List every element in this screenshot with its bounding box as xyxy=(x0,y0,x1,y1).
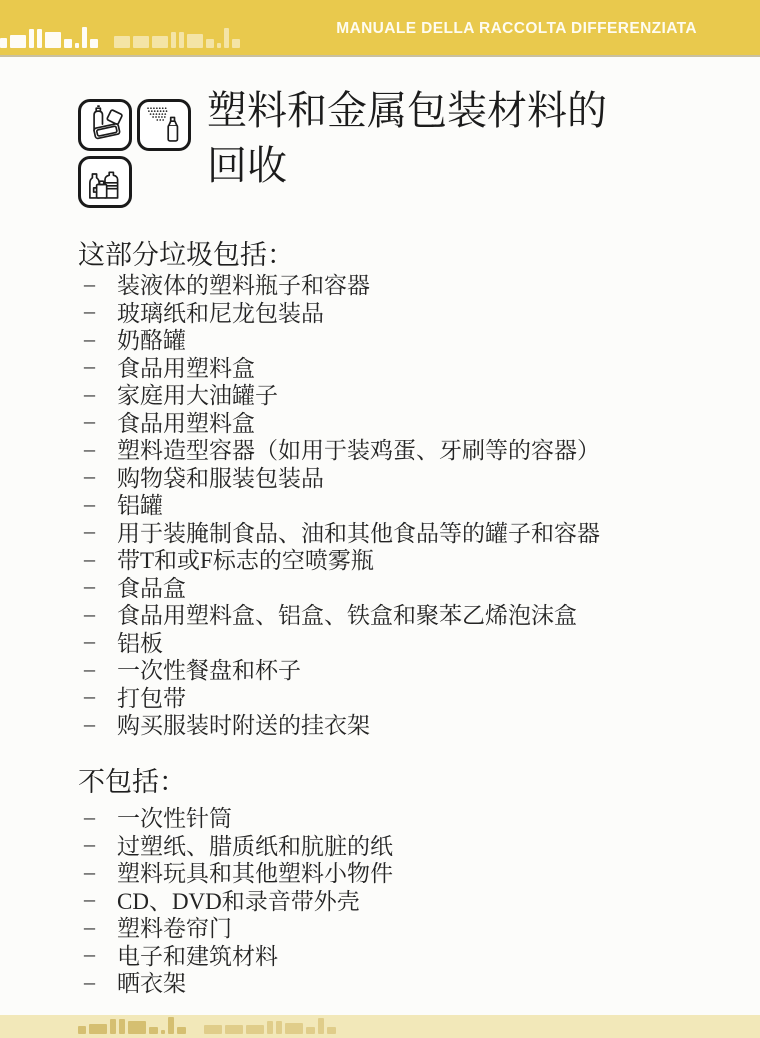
list-item: – 晒衣架 xyxy=(84,968,704,996)
dash-bullet: – xyxy=(84,381,117,407)
manual-title: MANUALE DELLA RACCOLTA DIFFERENZIATA xyxy=(336,20,697,38)
list-item: – 打包带 xyxy=(84,683,704,711)
list-item-text: 食品用塑料盒、铝盒、铁盒和聚苯乙烯泡沫盒 xyxy=(117,597,577,630)
exclude-heading: 不包括： xyxy=(78,760,186,799)
list-item: – 食品用塑料盒 xyxy=(84,353,704,381)
list-item: – CD、DVD和录音带外壳 xyxy=(84,886,704,914)
dash-bullet: – xyxy=(84,546,117,572)
list-item-text: 晒衣架 xyxy=(117,965,186,998)
list-item: – 用于装腌制食品、油和其他食品等的罐子和容器 xyxy=(84,518,704,546)
list-item: – 食品用塑料盒、铝盒、铁盒和聚苯乙烯泡沫盒 xyxy=(84,600,704,628)
dash-bullet: – xyxy=(84,941,117,967)
exclude-list: – 一次性针筒 – 过塑纸、腊质纸和肮脏的纸 – 塑料玩具和其他塑料小物件 – … xyxy=(84,803,704,996)
dash-bullet: – xyxy=(84,656,117,682)
dash-bullet: – xyxy=(84,463,117,489)
list-item: – 塑料卷帘门 xyxy=(84,913,704,941)
dash-bullet: – xyxy=(84,573,117,599)
list-item: – 购买服装时附送的挂衣架 xyxy=(84,710,704,738)
dash-bullet: – xyxy=(84,326,117,352)
spray-can-icon xyxy=(137,99,191,151)
dash-bullet: – xyxy=(84,436,117,462)
dash-bullet: – xyxy=(84,886,117,912)
list-item-text: 购买服装时附送的挂衣架 xyxy=(117,707,370,740)
aerosol-can-and-tray-icon xyxy=(78,99,132,151)
dash-bullet: – xyxy=(84,601,117,627)
list-item: – 带T和或F标志的空喷雾瓶 xyxy=(84,545,704,573)
bottom-banner xyxy=(0,1015,760,1038)
list-item: – 玻璃纸和尼龙包装品 xyxy=(84,298,704,326)
dash-bullet: – xyxy=(84,271,117,297)
list-item: – 奶酪罐 xyxy=(84,325,704,353)
top-banner: MANUALE DELLA RACCOLTA DIFFERENZIATA xyxy=(0,0,760,55)
page-title-line2: 回收 xyxy=(207,143,287,188)
barcode-pattern-icon xyxy=(0,27,240,48)
list-item: – 电子和建筑材料 xyxy=(84,941,704,969)
dash-bullet: – xyxy=(84,804,117,830)
list-item: – 塑料造型容器（如用于装鸡蛋、牙刷等的容器） xyxy=(84,435,704,463)
dash-bullet: – xyxy=(84,831,117,857)
list-item: – 铝罐 xyxy=(84,490,704,518)
dash-bullet: – xyxy=(84,353,117,379)
page-title: 塑料和金属包装材料的 回收 xyxy=(207,83,687,193)
dash-bullet: – xyxy=(84,628,117,654)
list-item: – 一次性餐盘和杯子 xyxy=(84,655,704,683)
include-list: – 装液体的塑料瓶子和容器 – 玻璃纸和尼龙包装品 – 奶酪罐 – 食品用塑料盒… xyxy=(84,270,704,738)
manual-page: MANUALE DELLA RACCOLTA DIFFERENZIATA xyxy=(0,0,760,1038)
list-item: – 食品用塑料盒 xyxy=(84,408,704,436)
list-item: – 装液体的塑料瓶子和容器 xyxy=(84,270,704,298)
list-item: – 过塑纸、腊质纸和肮脏的纸 xyxy=(84,831,704,859)
list-item: – 购物袋和服装包装品 xyxy=(84,463,704,491)
dash-bullet: – xyxy=(84,711,117,737)
dash-bullet: – xyxy=(84,298,117,324)
plastic-bottles-icon xyxy=(78,156,132,208)
list-item: – 一次性针筒 xyxy=(84,803,704,831)
list-item: – 铝板 xyxy=(84,628,704,656)
list-item: – 家庭用大油罐子 xyxy=(84,380,704,408)
dash-bullet: – xyxy=(84,518,117,544)
list-item: – 食品盒 xyxy=(84,573,704,601)
include-heading: 这部分垃圾包括： xyxy=(78,233,294,272)
dash-bullet: – xyxy=(84,683,117,709)
dash-bullet: – xyxy=(84,914,117,940)
icon-grid xyxy=(78,99,194,208)
dash-bullet: – xyxy=(84,859,117,885)
dash-bullet: – xyxy=(84,969,117,995)
barcode-pattern-icon xyxy=(78,1017,336,1034)
dash-bullet: – xyxy=(84,491,117,517)
page-title-line1: 塑料和金属包装材料的 xyxy=(207,88,607,133)
dash-bullet: – xyxy=(84,408,117,434)
list-item: – 塑料玩具和其他塑料小物件 xyxy=(84,858,704,886)
